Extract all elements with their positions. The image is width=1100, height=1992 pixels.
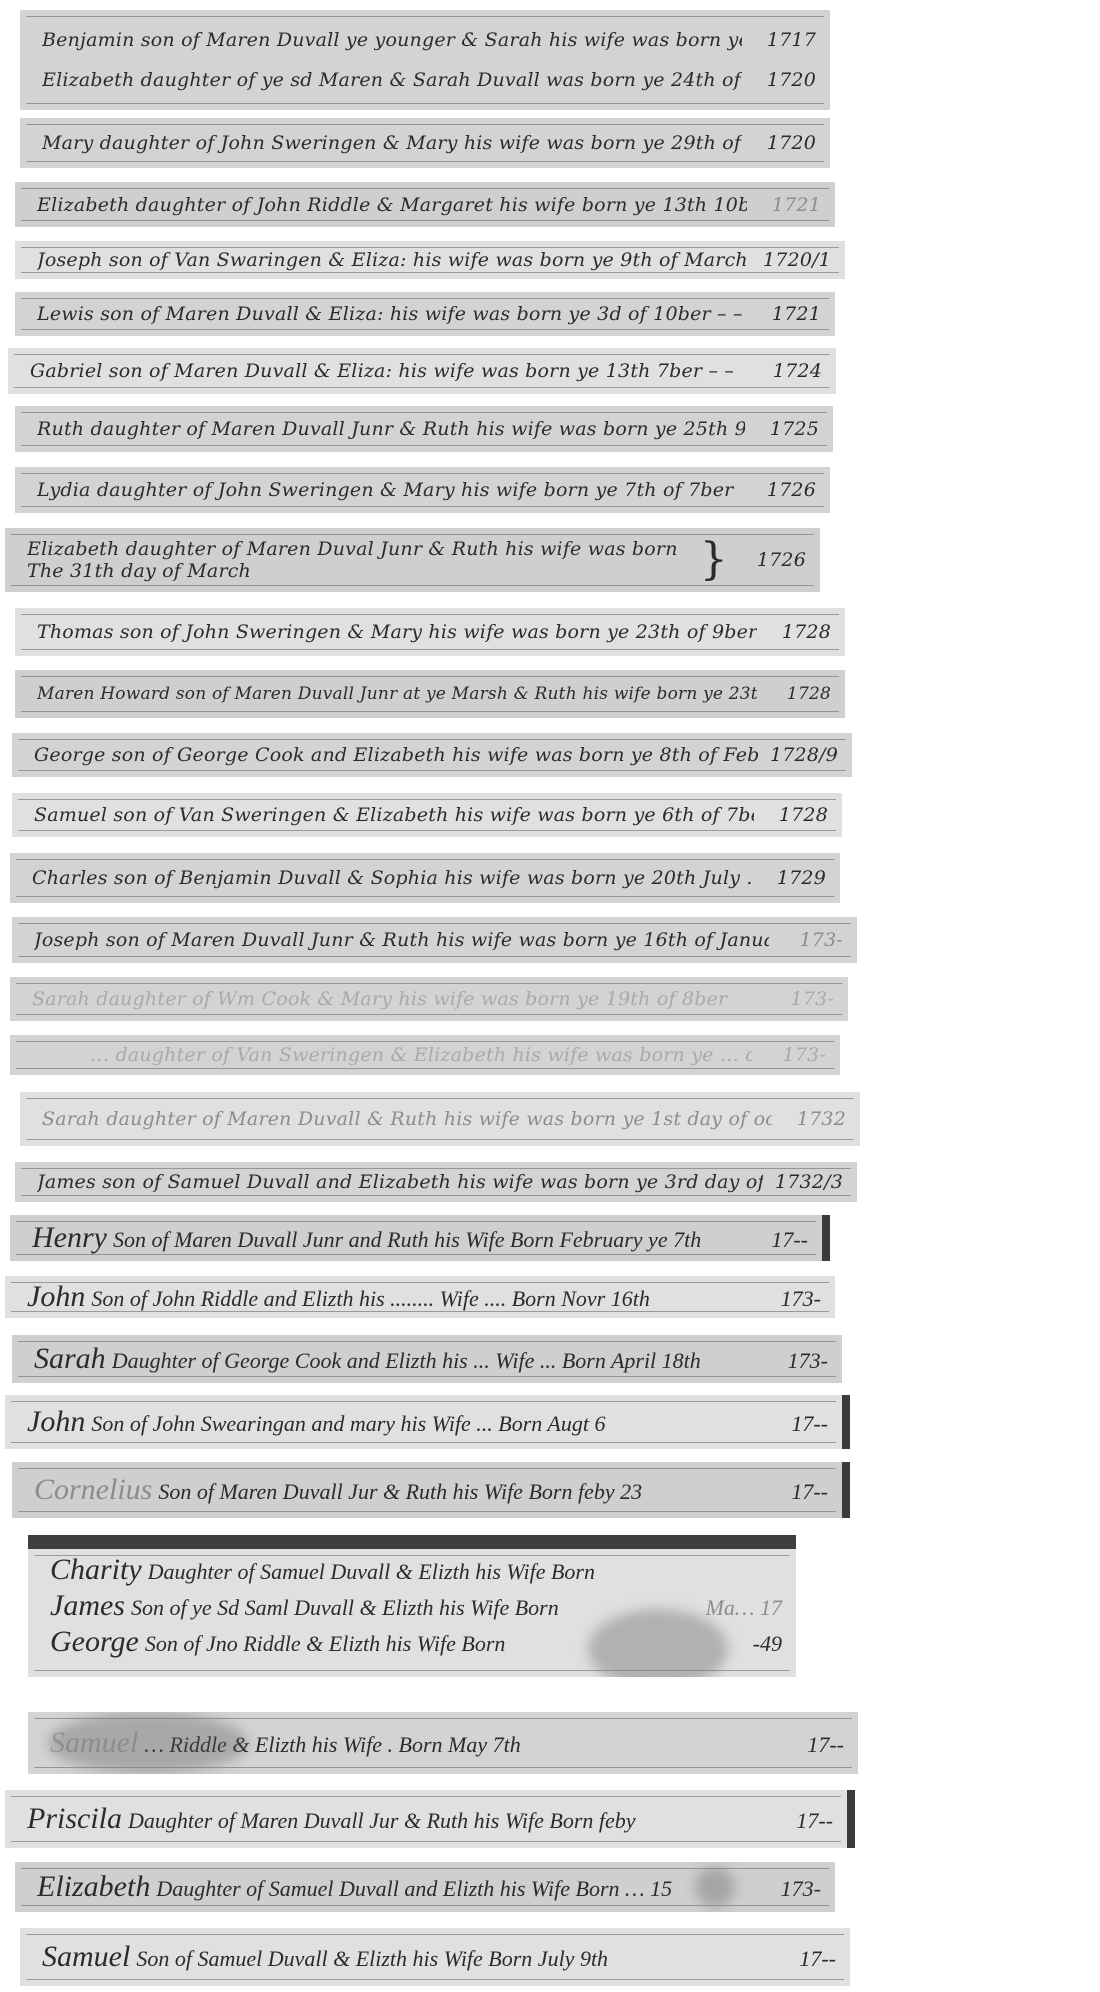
register-strip: SamuelSon of Samuel Duvall & Elizth his … bbox=[20, 1928, 850, 1986]
entry-year: 173- bbox=[759, 1286, 821, 1312]
entry-year: 1720 bbox=[754, 69, 816, 91]
register-strip: Joseph son of Maren Duvall Junr & Ruth h… bbox=[12, 917, 857, 963]
entry-text: Ruth daughter of Maren Duvall Junr & Rut… bbox=[37, 418, 745, 440]
entry-text: Mary daughter of John Sweringen & Mary h… bbox=[42, 132, 742, 154]
register-strip: Gabriel son of Maren Duvall & Eliza: his… bbox=[8, 348, 836, 394]
entry-text: Thomas son of John Sweringen & Mary his … bbox=[37, 621, 757, 643]
entry-year: 17-- bbox=[766, 1479, 828, 1505]
entry-name: Priscila bbox=[27, 1802, 122, 1836]
entry-name: Sarah bbox=[34, 1342, 106, 1376]
entry-text: Elizabeth daughter of ye sd Maren & Sara… bbox=[42, 69, 742, 91]
register-strip: Mary daughter of John Sweringen & Mary h… bbox=[20, 118, 830, 168]
entry-year: 1726 bbox=[744, 549, 806, 571]
entry-text: Charles son of Benjamin Duvall & Sophia … bbox=[32, 867, 752, 889]
entry-year: 1725 bbox=[757, 418, 819, 440]
entry-year: 17-- bbox=[771, 1808, 833, 1834]
register-strip-1720-block: Benjamin son of Maren Duvall ye younger … bbox=[20, 10, 830, 110]
entry-text: Son of John Swearingan and mary his Wife… bbox=[91, 1411, 754, 1437]
entry-year: 1732 bbox=[784, 1108, 846, 1130]
entry-text: Daughter of Samuel Duvall and Elizth his… bbox=[156, 1876, 747, 1902]
entry-text: Son of Maren Duvall Junr and Ruth his Wi… bbox=[113, 1227, 734, 1253]
entry-year: 1720/1 bbox=[763, 249, 831, 271]
entry-text: George son of George Cook and Elizabeth … bbox=[34, 744, 758, 766]
entry-text: Daughter of Samuel Duvall & Elizth his W… bbox=[148, 1555, 782, 1589]
entry-text: Son of John Riddle and Elizth his ......… bbox=[91, 1286, 747, 1312]
entry-year: 1726 bbox=[754, 479, 816, 501]
entry-year: 1728/9 bbox=[770, 744, 838, 766]
entry-name: Charity bbox=[50, 1553, 142, 1587]
register-strip: Joseph son of Van Swaringen & Eliza: his… bbox=[15, 241, 845, 279]
entry-year: 1724 bbox=[760, 360, 822, 382]
entry-text-continued: The 31th day of March bbox=[27, 560, 696, 582]
entry-year: 17-- bbox=[766, 1411, 828, 1437]
register-strip: Lewis son of Maren Duvall & Eliza: his w… bbox=[15, 292, 835, 336]
entry-year: 1728 bbox=[766, 804, 828, 826]
entry-text: Sarah daughter of Maren Duvall & Ruth hi… bbox=[42, 1108, 772, 1130]
register-strip-faded: … daughter of Van Sweringen & Elizabeth … bbox=[10, 1035, 840, 1075]
register-strip-two-line: Elizabeth daughter of Maren Duval Junr &… bbox=[5, 528, 820, 592]
entry-name: John bbox=[27, 1280, 85, 1314]
register-strip-faded: Sarah daughter of Wm Cook & Mary his wif… bbox=[10, 977, 848, 1021]
register-strip: CorneliusSon of Maren Duvall Jur & Ruth … bbox=[12, 1462, 850, 1518]
entry-text: Samuel son of Van Sweringen & Elizabeth … bbox=[34, 804, 754, 826]
entry-year: 1732/3 bbox=[775, 1171, 843, 1193]
entry-year: -49 bbox=[720, 1627, 782, 1661]
entry-text: Elizabeth daughter of Maren Duval Junr &… bbox=[27, 538, 696, 560]
entry-year: 1717 bbox=[754, 29, 816, 51]
entry-text: Elizabeth daughter of John Riddle & Marg… bbox=[37, 194, 747, 216]
entry-text: James son of Samuel Duvall and Elizabeth… bbox=[37, 1171, 763, 1193]
entry-year: 1728 bbox=[769, 684, 831, 704]
entry-name: James bbox=[50, 1589, 125, 1623]
register-strip: Maren Howard son of Maren Duvall Junr at… bbox=[15, 670, 845, 718]
entry-row: Elizabeth daughter of ye sd Maren & Sara… bbox=[20, 69, 830, 91]
entry-year: 173- bbox=[781, 929, 843, 951]
entry-row: Benjamin son of Maren Duvall ye younger … bbox=[20, 29, 830, 51]
entry-text: Joseph son of Maren Duvall Junr & Ruth h… bbox=[34, 929, 769, 951]
entry-name: John bbox=[27, 1405, 85, 1439]
entry-text: Gabriel son of Maren Duvall & Eliza: his… bbox=[30, 360, 748, 382]
entry-name: Henry bbox=[32, 1221, 107, 1255]
register-strip: JohnSon of John Swearingan and mary his … bbox=[5, 1395, 850, 1449]
water-stain bbox=[695, 1867, 735, 1907]
entry-name: George bbox=[50, 1625, 139, 1659]
brace-glyph: } bbox=[700, 538, 728, 582]
register-strip-multi-entry: CharityDaughter of Samuel Duvall & Elizt… bbox=[28, 1535, 796, 1677]
entry-note: Ma… 17 bbox=[706, 1591, 782, 1625]
register-strip: George son of George Cook and Elizabeth … bbox=[12, 733, 852, 777]
entry-year: 173- bbox=[766, 1348, 828, 1374]
entry-text: Lewis son of Maren Duvall & Eliza: his w… bbox=[37, 303, 747, 325]
register-strip: Thomas son of John Sweringen & Mary his … bbox=[15, 608, 845, 656]
water-stain bbox=[48, 1712, 248, 1774]
entry-year: 1721 bbox=[759, 303, 821, 325]
entry-text: Joseph son of Van Swaringen & Eliza: his… bbox=[37, 249, 751, 271]
entry-text: Maren Howard son of Maren Duvall Junr at… bbox=[37, 684, 757, 704]
entry-text: Son of Maren Duvall Jur & Ruth his Wife … bbox=[158, 1479, 754, 1505]
register-strip-stained: Samuel… Riddle & Elizth his Wife . Born … bbox=[28, 1712, 858, 1774]
entry-year: 17-- bbox=[746, 1227, 808, 1253]
entry-year: 1720 bbox=[754, 132, 816, 154]
entry-text: Son of Samuel Duvall & Elizth his Wife B… bbox=[136, 1946, 762, 1972]
register-strip: Elizabeth daughter of John Riddle & Marg… bbox=[15, 182, 835, 227]
register-strip: JohnSon of John Riddle and Elizth his ..… bbox=[5, 1276, 835, 1318]
entry-year: 1729 bbox=[764, 867, 826, 889]
register-strip: James son of Samuel Duvall and Elizabeth… bbox=[15, 1162, 857, 1202]
register-strip: Samuel son of Van Sweringen & Elizabeth … bbox=[12, 793, 842, 837]
register-strip: Lydia daughter of John Sweringen & Mary … bbox=[15, 467, 830, 513]
entry-text: Benjamin son of Maren Duvall ye younger … bbox=[42, 29, 742, 51]
register-strip: HenrySon of Maren Duvall Junr and Ruth h… bbox=[10, 1215, 830, 1261]
register-strip: ElizabethDaughter of Samuel Duvall and E… bbox=[15, 1862, 835, 1912]
entry-text: Lydia daughter of John Sweringen & Mary … bbox=[37, 479, 742, 501]
entry-name: Cornelius bbox=[34, 1473, 152, 1507]
entry-year: 1721 bbox=[759, 194, 821, 216]
register-strip: SarahDaughter of George Cook and Elizth … bbox=[12, 1335, 842, 1383]
register-strip: Sarah daughter of Maren Duvall & Ruth hi… bbox=[20, 1092, 860, 1146]
entry-year: 17-- bbox=[774, 1946, 836, 1972]
entry-text: Daughter of Maren Duvall Jur & Ruth his … bbox=[128, 1808, 759, 1834]
entry-name: Samuel bbox=[42, 1940, 130, 1974]
entry-year: 173- bbox=[764, 1044, 826, 1066]
register-strip: Charles son of Benjamin Duvall & Sophia … bbox=[10, 853, 840, 903]
register-strip: Ruth daughter of Maren Duvall Junr & Rut… bbox=[15, 406, 833, 452]
entry-year: 173- bbox=[772, 988, 834, 1010]
entry-text: Daughter of George Cook and Elizth his .… bbox=[112, 1348, 754, 1374]
entry-name: Elizabeth bbox=[37, 1870, 150, 1904]
entry-text: … daughter of Van Sweringen & Elizabeth … bbox=[90, 1044, 752, 1066]
entry-row: CharityDaughter of Samuel Duvall & Elizt… bbox=[28, 1553, 796, 1589]
entry-year: 1728 bbox=[769, 621, 831, 643]
entry-year: 17-- bbox=[782, 1732, 844, 1758]
entry-text: Sarah daughter of Wm Cook & Mary his wif… bbox=[32, 988, 760, 1010]
entry-year: 173- bbox=[759, 1876, 821, 1902]
register-strip: PriscilaDaughter of Maren Duvall Jur & R… bbox=[5, 1790, 855, 1848]
